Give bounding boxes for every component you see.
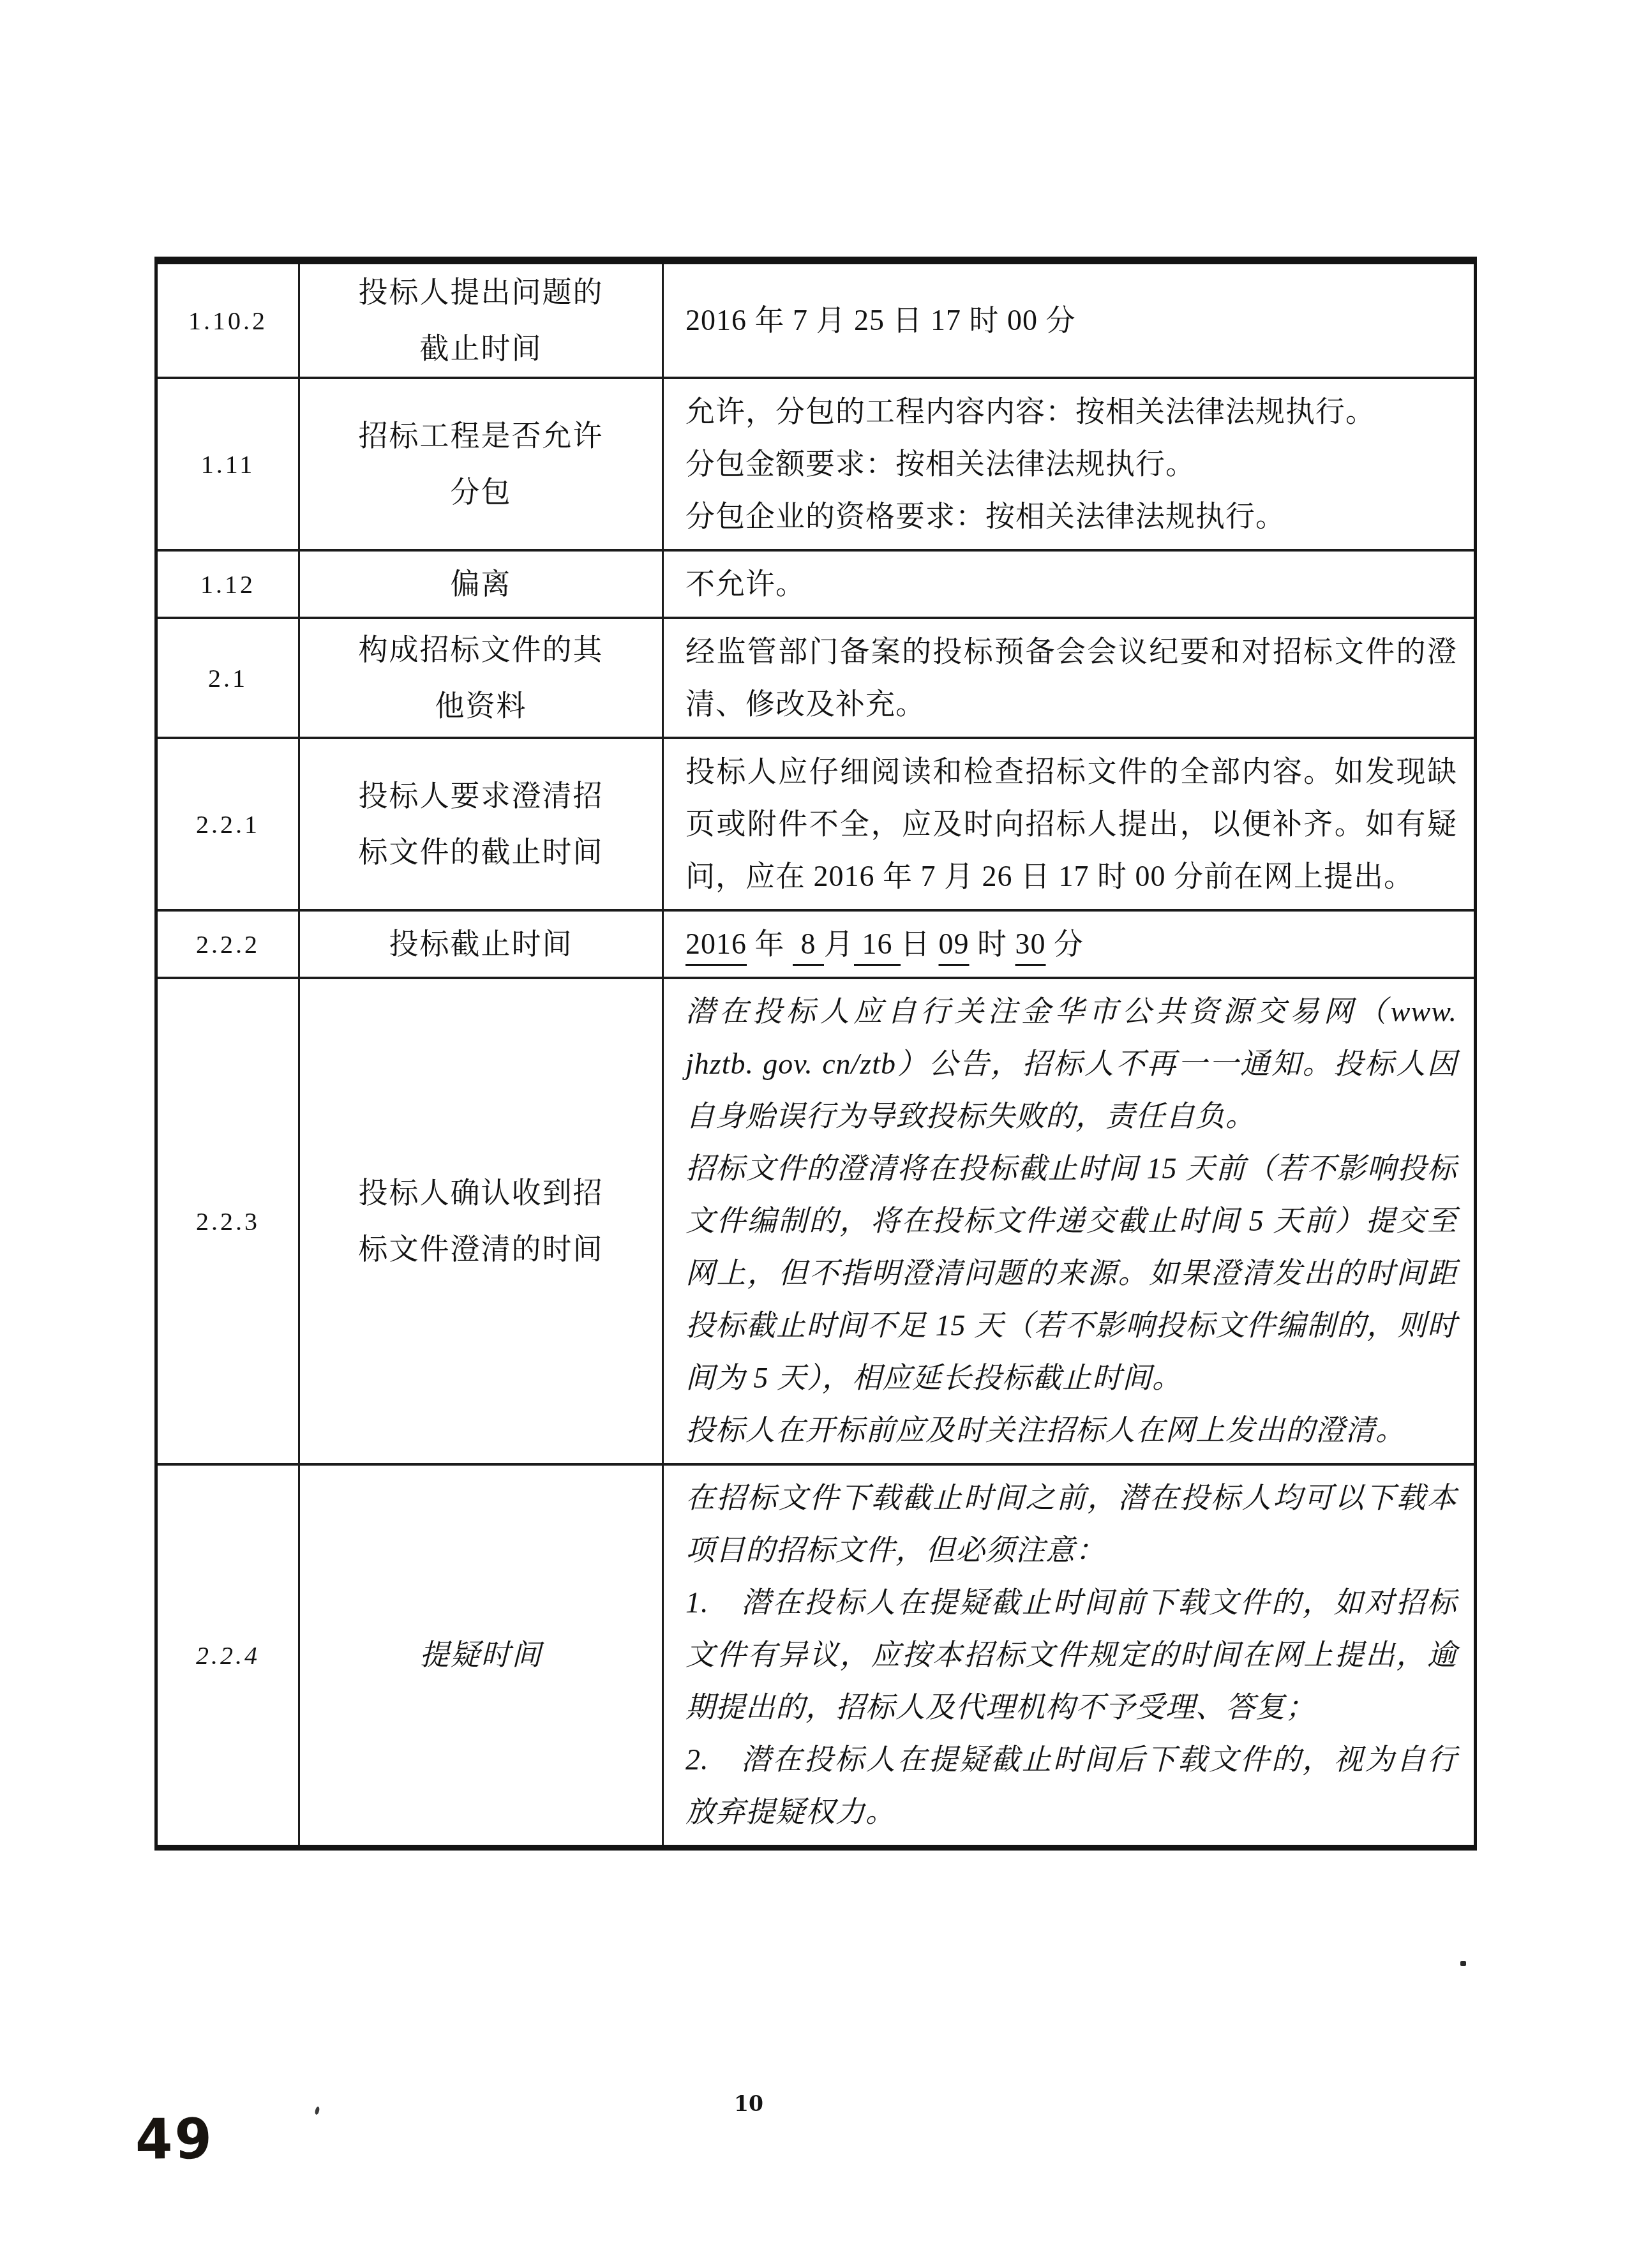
row-content-paragraph: 允许，分包的工程内容内容：按相关法律法规执行。 — [685, 386, 1457, 438]
table-row: 2.1构成招标文件的其他资料经监管部门备案的投标预备会会议纪要和对招标文件的澄清… — [156, 618, 1476, 738]
row-content-paragraph: 2016 年 8 月 16 日 09 时 30 分 — [685, 918, 1457, 970]
row-label-cell: 投标人要求澄清招标文件的截止时间 — [299, 738, 663, 910]
row-content-cell: 允许，分包的工程内容内容：按相关法律法规执行。分包金额要求：按相关法律法规执行。… — [663, 378, 1476, 550]
row-number-cell: 2.2.3 — [156, 978, 299, 1464]
row-number-cell: 2.1 — [156, 618, 299, 738]
row-content-paragraph: 分包金额要求：按相关法律法规执行。 — [685, 438, 1457, 490]
row-number-cell: 2.2.1 — [156, 738, 299, 910]
underlined-text-run: 8 — [793, 927, 824, 960]
row-number-cell: 2.2.4 — [156, 1464, 299, 1848]
row-label-line: 截止时间 — [305, 320, 657, 377]
text-run: 年 — [747, 927, 793, 960]
table-row: 2.2.4提疑时间在招标文件下载截止时间之前，潜在投标人均可以下载本项目的招标文… — [156, 1464, 1476, 1848]
scan-speck — [315, 2106, 320, 2115]
row-content-paragraph: 2016 年 7 月 25 日 17 时 00 分 — [685, 294, 1457, 347]
row-label-cell: 招标工程是否允许分包 — [299, 378, 663, 550]
row-label-line: 他资料 — [305, 678, 657, 734]
underlined-text-run: 2016 — [685, 927, 747, 960]
row-label-cell: 提疑时间 — [299, 1464, 663, 1848]
row-content-cell: 在招标文件下载截止时间之前，潜在投标人均可以下载本项目的招标文件，但必须注意：1… — [663, 1464, 1476, 1848]
text-run: 不允许。 — [685, 567, 805, 600]
row-content-paragraph: 2. 潜在投标人在提疑截止时间后下载文件的，视为自行放弃提疑权力。 — [685, 1734, 1457, 1838]
row-number-cell: 2.2.2 — [156, 910, 299, 978]
row-label-cell: 投标截止时间 — [299, 910, 663, 978]
text-run: 分包金额要求：按相关法律法规执行。 — [685, 447, 1195, 480]
text-run: 招标文件的澄清将在投标截止时间 15 天前（若不影响投标文件编制的，将在投标文件… — [685, 1152, 1457, 1394]
page-number: 10 — [734, 2091, 763, 2116]
row-label-line: 分包 — [305, 464, 657, 520]
row-label-line: 投标人确认收到招 — [305, 1165, 657, 1221]
row-content-cell: 2016 年 8 月 16 日 09 时 30 分 — [663, 910, 1476, 978]
row-label-cell: 构成招标文件的其他资料 — [299, 618, 663, 738]
text-run: 2. 潜在投标人在提疑截止时间后下载文件的，视为自行放弃提疑权力。 — [685, 1743, 1457, 1828]
row-content-paragraph: 潜在投标人应自行关注金华市公共资源交易网（www. jhztb. gov. cn… — [685, 986, 1457, 1143]
row-label-line: 标文件的截止时间 — [305, 824, 657, 880]
table-row: 2.2.2投标截止时间2016 年 8 月 16 日 09 时 30 分 — [156, 910, 1476, 978]
row-content-paragraph: 经监管部门备案的投标预备会会议纪要和对招标文件的澄清、修改及补充。 — [685, 626, 1457, 730]
row-label-line: 投标人要求澄清招 — [305, 768, 657, 824]
table-row: 1.10.2投标人提出问题的截止时间2016 年 7 月 25 日 17 时 0… — [156, 260, 1476, 378]
bid-conditions-table: 1.10.2投标人提出问题的截止时间2016 年 7 月 25 日 17 时 0… — [154, 257, 1477, 1851]
row-label-line: 投标人提出问题的 — [305, 264, 657, 320]
row-content-paragraph: 1. 潜在投标人在提疑截止时间前下载文件的，如对招标文件有异议，应按本招标文件规… — [685, 1577, 1457, 1734]
scan-speck — [1460, 1961, 1466, 1966]
table-row: 2.2.1投标人要求澄清招标文件的截止时间投标人应仔细阅读和检查招标文件的全部内… — [156, 738, 1476, 910]
row-label-line: 偏离 — [305, 556, 657, 612]
text-run: 投标人在开标前应及时关注招标人在网上发出的澄清。 — [685, 1414, 1405, 1446]
row-label-cell: 投标人提出问题的截止时间 — [299, 260, 663, 378]
page-stamp-number: 49 — [135, 2106, 214, 2172]
table-body: 1.10.2投标人提出问题的截止时间2016 年 7 月 25 日 17 时 0… — [156, 260, 1476, 1848]
text-run: 在招标文件下载截止时间之前，潜在投标人均可以下载本项目的招标文件，但必须注意： — [685, 1482, 1457, 1566]
text-run: 日 — [901, 927, 939, 960]
row-label-line: 投标截止时间 — [305, 916, 657, 972]
table-row: 2.2.3投标人确认收到招标文件澄清的时间潜在投标人应自行关注金华市公共资源交易… — [156, 978, 1476, 1464]
row-content-cell: 潜在投标人应自行关注金华市公共资源交易网（www. jhztb. gov. cn… — [663, 978, 1476, 1464]
row-content-paragraph: 招标文件的澄清将在投标截止时间 15 天前（若不影响投标文件编制的，将在投标文件… — [685, 1143, 1457, 1404]
text-run: 2016 年 7 月 25 日 17 时 00 分 — [685, 304, 1076, 336]
row-label-line: 提疑时间 — [305, 1627, 657, 1683]
row-label-line: 标文件澄清的时间 — [305, 1221, 657, 1277]
text-run: 经监管部门备案的投标预备会会议纪要和对招标文件的澄清、修改及补充。 — [685, 635, 1457, 720]
row-label-line: 构成招标文件的其 — [305, 622, 657, 678]
text-run: 1. 潜在投标人在提疑截止时间前下载文件的，如对招标文件有异议，应按本招标文件规… — [685, 1586, 1457, 1724]
underlined-text-run: 30 — [1015, 927, 1046, 960]
row-number-cell: 1.11 — [156, 378, 299, 550]
row-label-line: 招标工程是否允许 — [305, 408, 657, 464]
row-content-cell: 经监管部门备案的投标预备会会议纪要和对招标文件的澄清、修改及补充。 — [663, 618, 1476, 738]
text-run: 投标人应仔细阅读和检查招标文件的全部内容。如发现缺页或附件不全，应及时向招标人提… — [685, 755, 1457, 892]
row-content-paragraph: 投标人应仔细阅读和检查招标文件的全部内容。如发现缺页或附件不全，应及时向招标人提… — [685, 746, 1457, 903]
table-row: 1.11招标工程是否允许分包允许，分包的工程内容内容：按相关法律法规执行。分包金… — [156, 378, 1476, 550]
underlined-text-run: 16 — [854, 927, 901, 960]
row-content-paragraph: 不允许。 — [685, 558, 1457, 610]
text-run: 潜在投标人应自行关注金华市公共资源交易网（www. jhztb. gov. cn… — [685, 995, 1457, 1132]
row-content-cell: 2016 年 7 月 25 日 17 时 00 分 — [663, 260, 1476, 378]
row-number-cell: 1.10.2 — [156, 260, 299, 378]
document-page: 1.10.2投标人提出问题的截止时间2016 年 7 月 25 日 17 时 0… — [0, 0, 1625, 2268]
text-run: 允许，分包的工程内容内容：按相关法律法规执行。 — [685, 395, 1375, 428]
text-run: 时 — [970, 927, 1015, 960]
row-label-cell: 投标人确认收到招标文件澄清的时间 — [299, 978, 663, 1464]
row-content-paragraph: 在招标文件下载截止时间之前，潜在投标人均可以下载本项目的招标文件，但必须注意： — [685, 1472, 1457, 1577]
text-run: 月 — [824, 927, 854, 960]
text-run: 分包企业的资格要求：按相关法律法规执行。 — [685, 500, 1285, 532]
table-row: 1.12偏离不允许。 — [156, 550, 1476, 618]
row-content-paragraph: 分包企业的资格要求：按相关法律法规执行。 — [685, 490, 1457, 543]
row-number-cell: 1.12 — [156, 550, 299, 618]
text-run: 分 — [1046, 927, 1084, 960]
row-content-cell: 不允许。 — [663, 550, 1476, 618]
underlined-text-run: 09 — [939, 927, 970, 960]
row-content-cell: 投标人应仔细阅读和检查招标文件的全部内容。如发现缺页或附件不全，应及时向招标人提… — [663, 738, 1476, 910]
row-label-cell: 偏离 — [299, 550, 663, 618]
row-content-paragraph: 投标人在开标前应及时关注招标人在网上发出的澄清。 — [685, 1404, 1457, 1457]
